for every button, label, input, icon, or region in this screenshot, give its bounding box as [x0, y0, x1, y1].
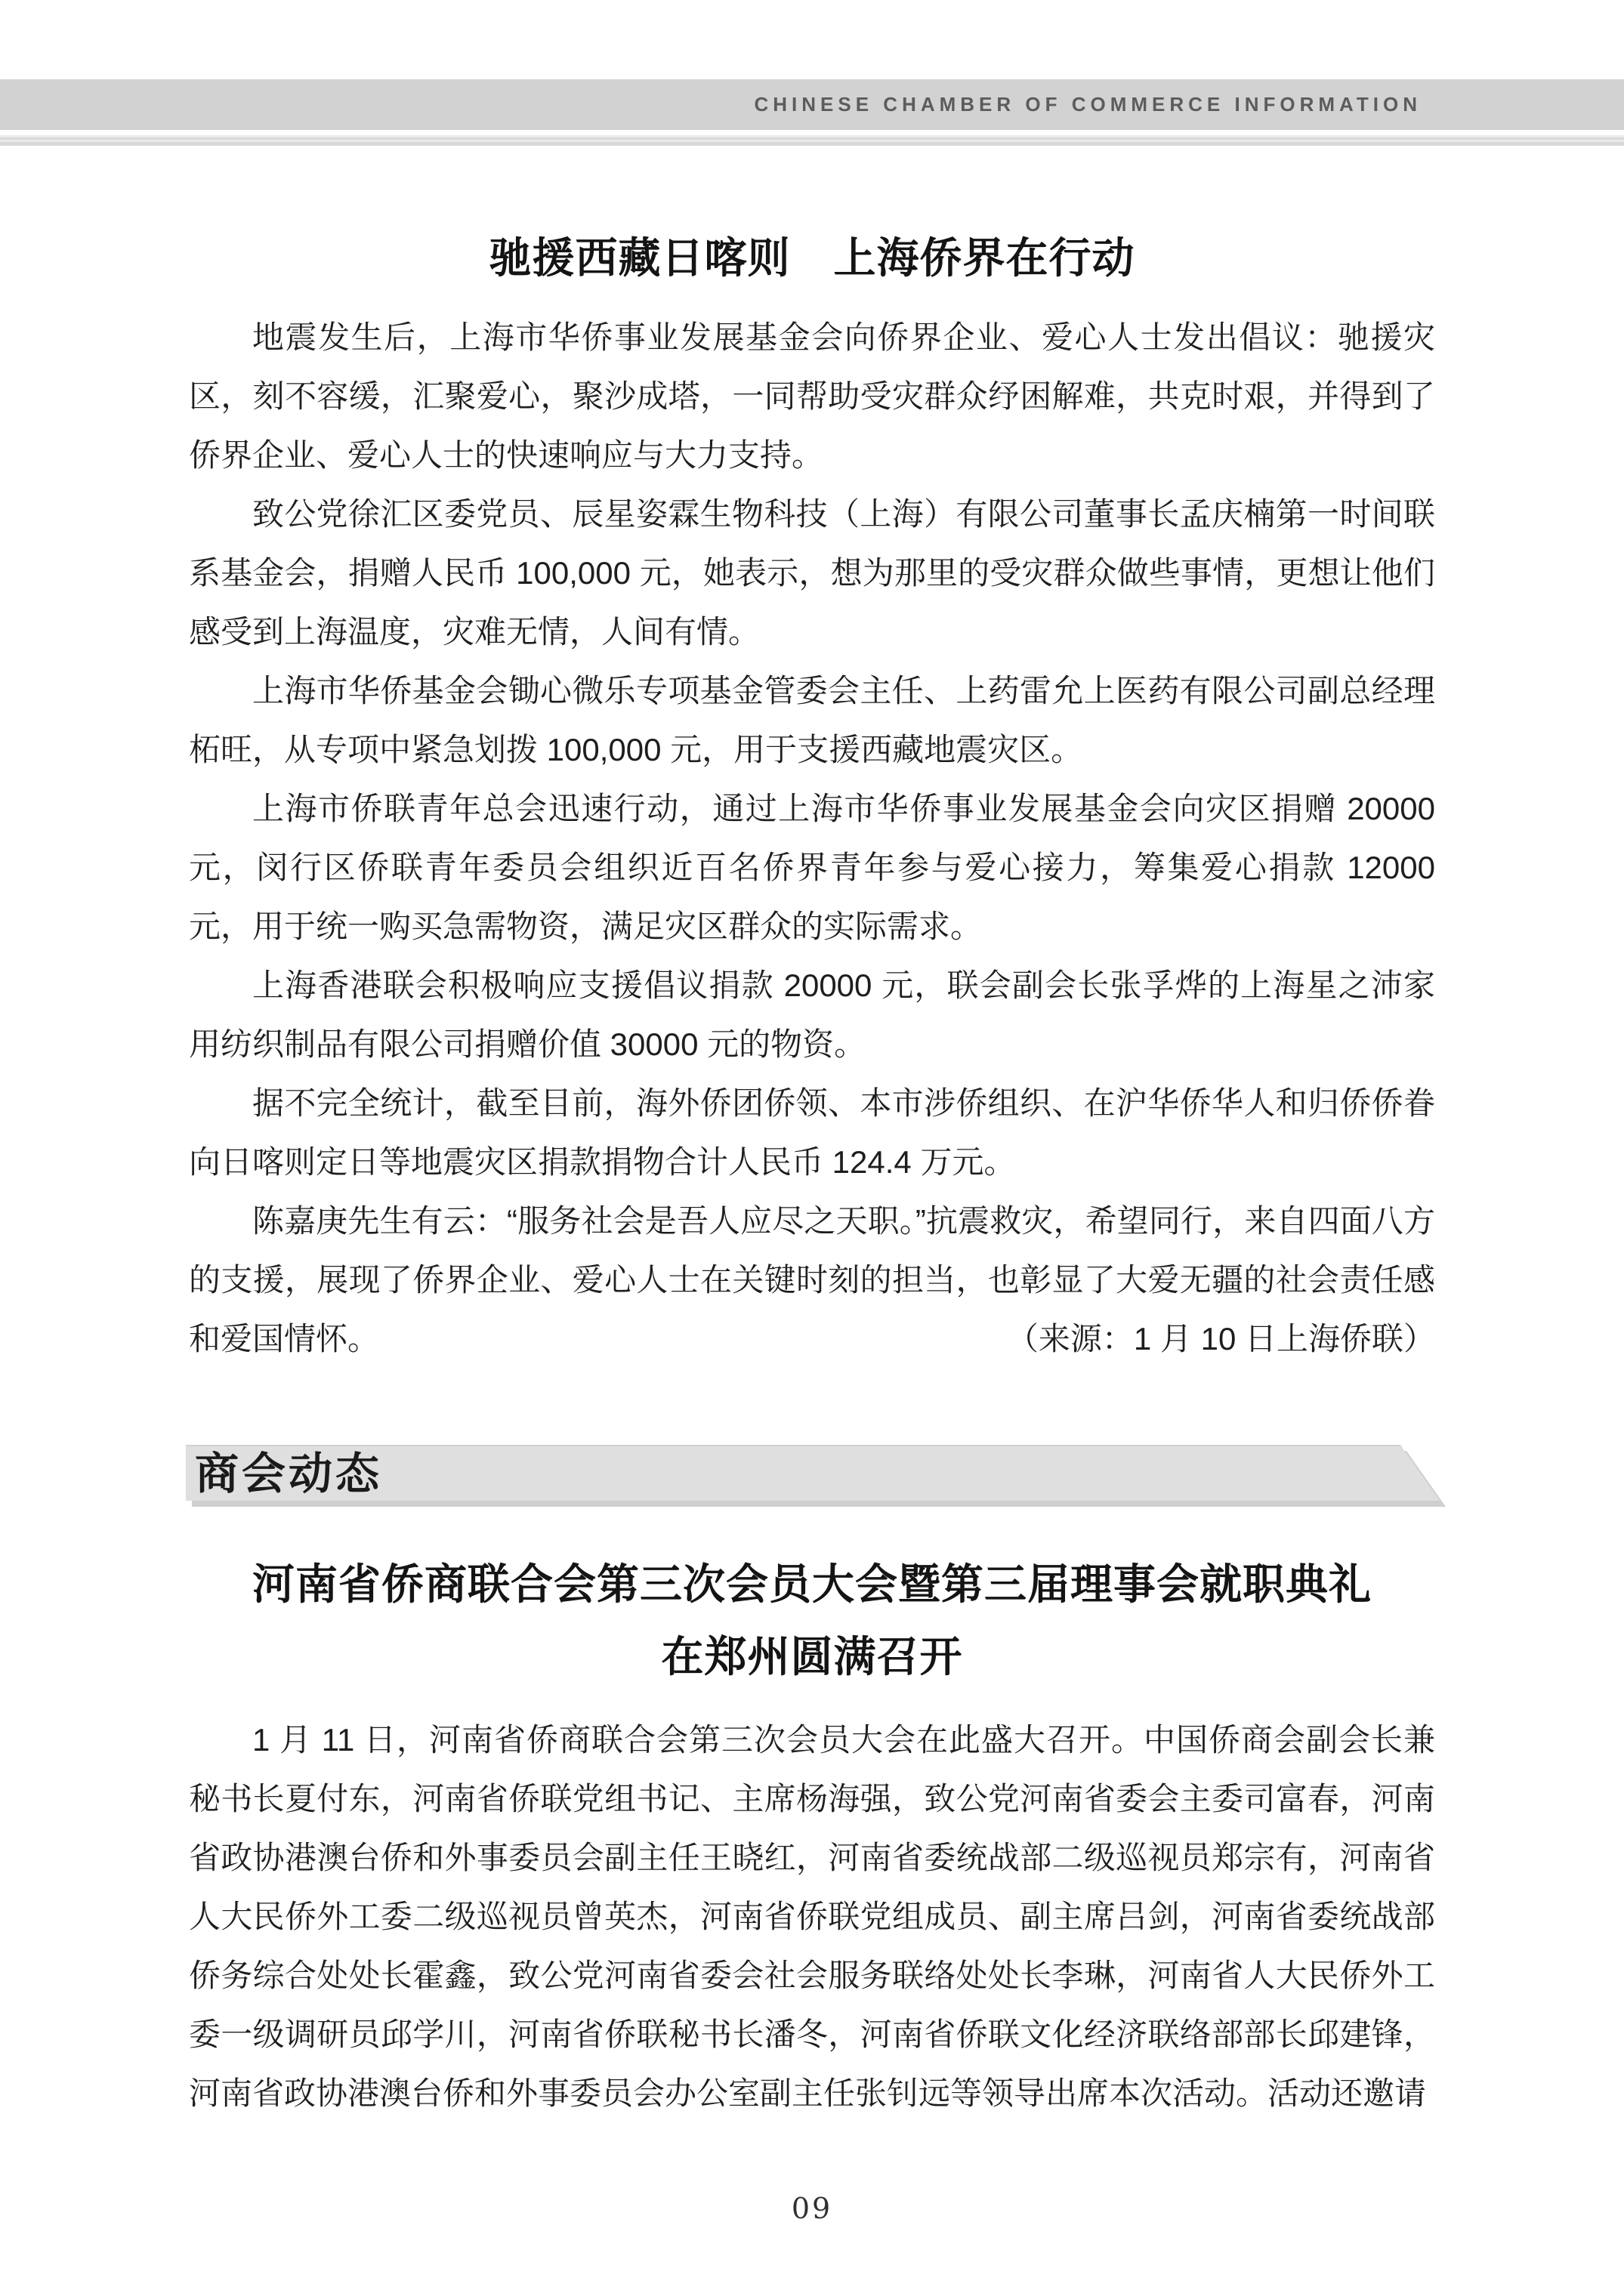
article2-title: 河南省侨商联合会第三次会员大会暨第三届理事会就职典礼 在郑州圆满召开 [189, 1548, 1435, 1693]
section-banner: 商会动态 [186, 1445, 1452, 1510]
header-banner-text: CHINESE CHAMBER OF COMMERCE INFORMATION [0, 79, 1624, 130]
header-divider-strip [0, 135, 1624, 146]
article2-title-line2: 在郑州圆满召开 [189, 1621, 1435, 1693]
page-number: 09 [0, 2192, 1624, 2225]
header-bar: CHINESE CHAMBER OF COMMERCE INFORMATION [0, 79, 1624, 130]
article1-paragraph: 地震发生后，上海市华侨事业发展基金会向侨界企业、爱心人士发出倡议：驰援灾区，刻不… [189, 308, 1435, 485]
section-title: 商会动态 [186, 1446, 1440, 1501]
article2-title-line1: 河南省侨商联合会第三次会员大会暨第三届理事会就职典礼 [189, 1548, 1435, 1621]
newsletter-page: CHINESE CHAMBER OF COMMERCE INFORMATION … [0, 0, 1624, 2293]
article1-body: 地震发生后，上海市华侨事业发展基金会向侨界企业、爱心人士发出倡议：驰援灾区，刻不… [189, 308, 1435, 1369]
article2-body: 1 月 11 日，河南省侨商联合会第三次会员大会在此盛大召开。中国侨商会副会长兼… [189, 1711, 1435, 2123]
article1-paragraph: 上海市侨联青年总会迅速行动，通过上海市华侨事业发展基金会向灾区捐赠 20000 … [189, 779, 1435, 956]
article1-paragraph: 陈嘉庚先生有云：“服务社会是吾人应尽之天职。”抗震救灾，希望同行，来自四面八方的… [189, 1192, 1435, 1369]
article2-paragraph: 1 月 11 日，河南省侨商联合会第三次会员大会在此盛大召开。中国侨商会副会长兼… [189, 1711, 1435, 2123]
section-banner-face: 商会动态 [186, 1445, 1440, 1501]
article1-paragraph: 上海市华侨基金会锄心微乐专项基金管委会主任、上药雷允上医药有限公司副总经理柘旺，… [189, 662, 1435, 779]
article1-source-attribution: （来源：1 月 10 日上海侨联） [1007, 1310, 1435, 1369]
article1-paragraph: 上海香港联会积极响应支援倡议捐款 20000 元，联会副会长张孚烨的上海星之沛家… [189, 956, 1435, 1074]
article1-paragraph: 致公党徐汇区委党员、辰星姿霖生物科技（上海）有限公司董事长孟庆楠第一时间联系基金… [189, 485, 1435, 662]
article1-title: 驰援西藏日喀则 上海侨界在行动 [189, 225, 1435, 285]
article1-paragraph: 据不完全统计，截至目前，海外侨团侨领、本市涉侨组织、在沪华侨华人和归侨侨眷向日喀… [189, 1074, 1435, 1192]
